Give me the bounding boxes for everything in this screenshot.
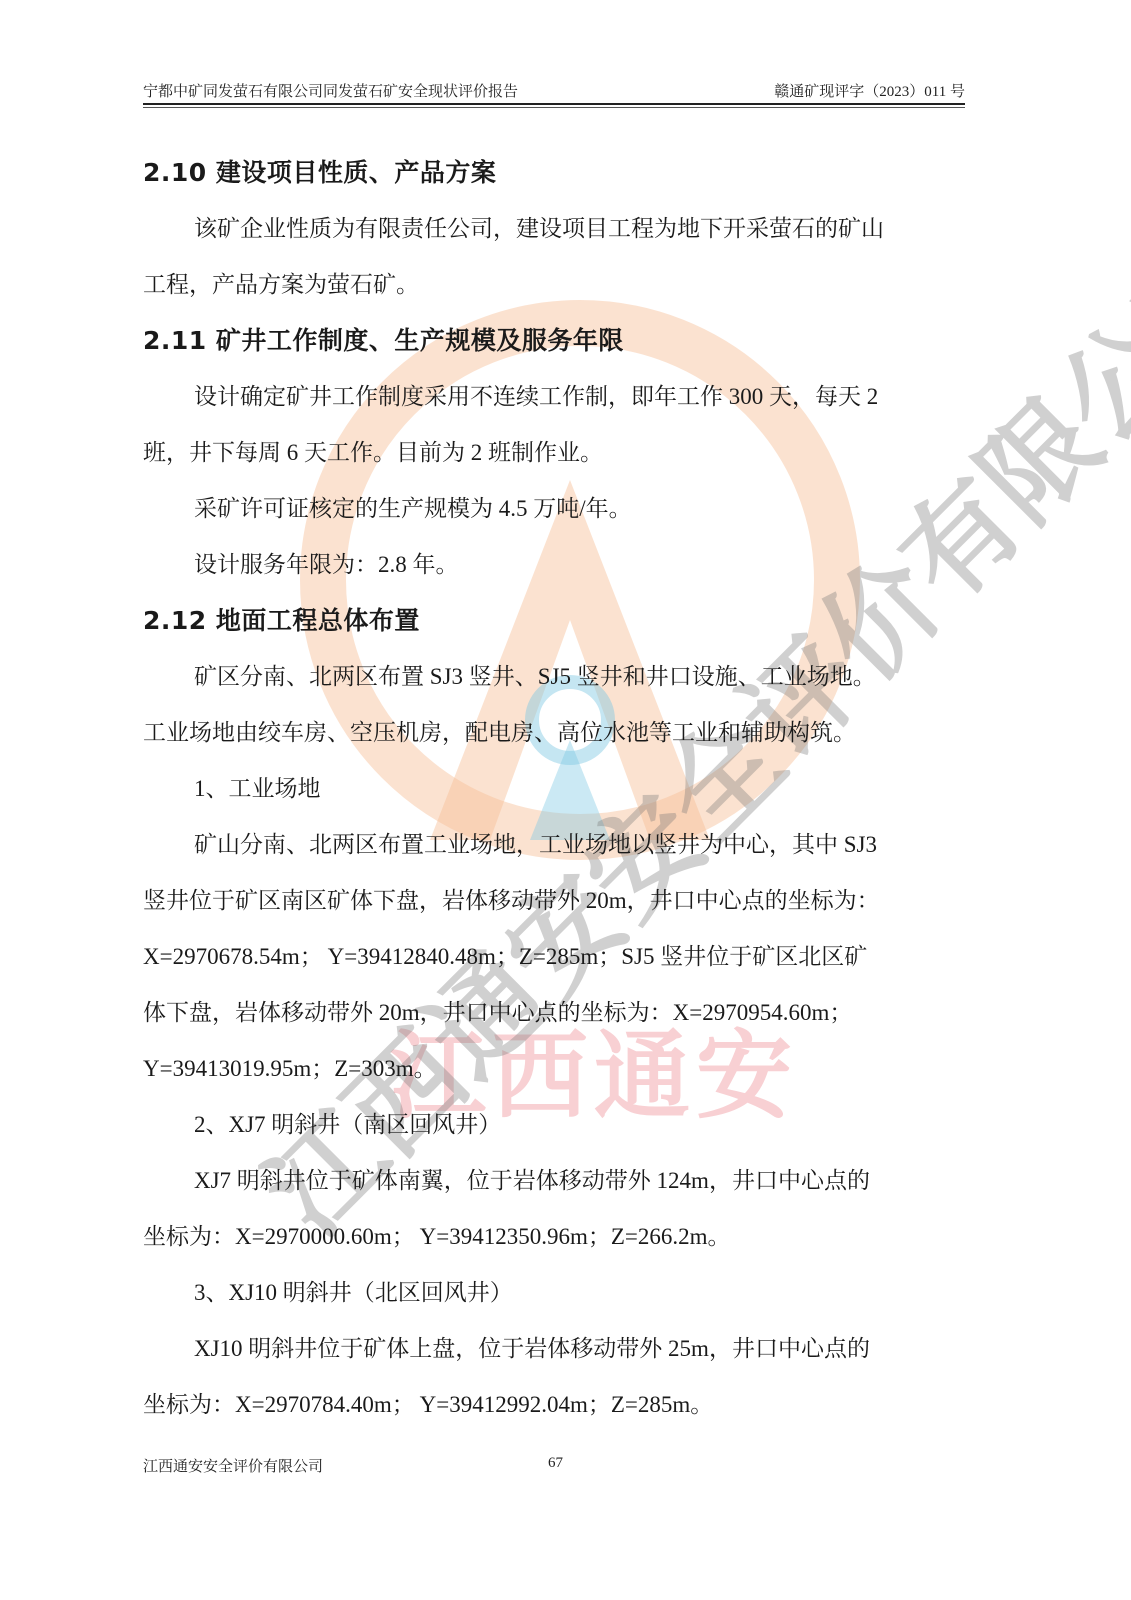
paragraph-line: XJ10 明斜井位于矿体上盘，位于岩体移动带外 25m，井口中心点的 xyxy=(143,1321,968,1377)
paragraph-line: 工业场地由绞车房、空压机房，配电房、高位水池等工业和辅助构筑。 xyxy=(143,705,968,761)
paragraph-line: Y=39413019.95m；Z=303m。 xyxy=(143,1041,968,1097)
paragraph-line: 矿区分南、北两区布置 SJ3 竖井、SJ5 竖井和井口设施、工业场地。 xyxy=(143,649,968,705)
document-body: 2.10 建设项目性质、产品方案 该矿企业性质为有限责任公司，建设项目工程为地下… xyxy=(143,145,968,1433)
header-divider xyxy=(143,103,965,105)
subsection-title-xj10: 3、XJ10 明斜井（北区回风井） xyxy=(143,1265,968,1321)
paragraph-line: 设计确定矿井工作制度采用不连续工作制，即年工作 300 天，每天 2 xyxy=(143,369,968,425)
paragraph-line: 坐标为：X=2970784.40m； Y=39412992.04m；Z=285m… xyxy=(143,1377,968,1433)
paragraph-line: 工程，产品方案为萤石矿。 xyxy=(143,257,968,313)
page-number: 67 xyxy=(548,1455,563,1472)
footer-company: 江西通安安全评价有限公司 xyxy=(143,1455,323,1476)
paragraph-line: 班，井下每周 6 天工作。目前为 2 班制作业。 xyxy=(143,425,968,481)
page-header: 宁都中矿同发萤石有限公司同发萤石矿安全现状评价报告 赣通矿现评字（2023）01… xyxy=(143,78,965,104)
paragraph-line: XJ7 明斜井位于矿体南翼，位于岩体移动带外 124m，井口中心点的 xyxy=(143,1153,968,1209)
section-heading-2-12: 2.12 地面工程总体布置 xyxy=(143,593,968,649)
paragraph-line: 矿山分南、北两区布置工业场地，工业场地以竖井为中心，其中 SJ3 xyxy=(143,817,968,873)
paragraph-line: X=2970678.54m； Y=39412840.48m；Z=285m；SJ5… xyxy=(143,929,968,985)
section-heading-2-10: 2.10 建设项目性质、产品方案 xyxy=(143,145,968,201)
header-report-title: 宁都中矿同发萤石有限公司同发萤石矿安全现状评价报告 xyxy=(143,80,518,101)
header-document-number: 赣通矿现评字（2023）011 号 xyxy=(774,80,965,101)
paragraph-line: 设计服务年限为：2.8 年。 xyxy=(143,537,968,593)
paragraph-line: 坐标为：X=2970000.60m； Y=39412350.96m；Z=266.… xyxy=(143,1209,968,1265)
header-divider-thin xyxy=(143,107,965,108)
paragraph-line: 采矿许可证核定的生产规模为 4.5 万吨/年。 xyxy=(143,481,968,537)
paragraph-line: 该矿企业性质为有限责任公司，建设项目工程为地下开采萤石的矿山 xyxy=(143,201,968,257)
section-heading-2-11: 2.11 矿井工作制度、生产规模及服务年限 xyxy=(143,313,968,369)
document-page: 江西通安 江西通安安全评价有限公司 宁都中矿同发萤石有限公司同发萤石矿安全现状评… xyxy=(0,0,1131,1600)
paragraph-line: 体下盘，岩体移动带外 20m，井口中心点的坐标为：X=2970954.60m； xyxy=(143,985,968,1041)
subsection-title-industrial-site: 1、工业场地 xyxy=(143,761,968,817)
paragraph-line: 竖井位于矿区南区矿体下盘，岩体移动带外 20m，井口中心点的坐标为： xyxy=(143,873,968,929)
subsection-title-xj7: 2、XJ7 明斜井（南区回风井） xyxy=(143,1097,968,1153)
